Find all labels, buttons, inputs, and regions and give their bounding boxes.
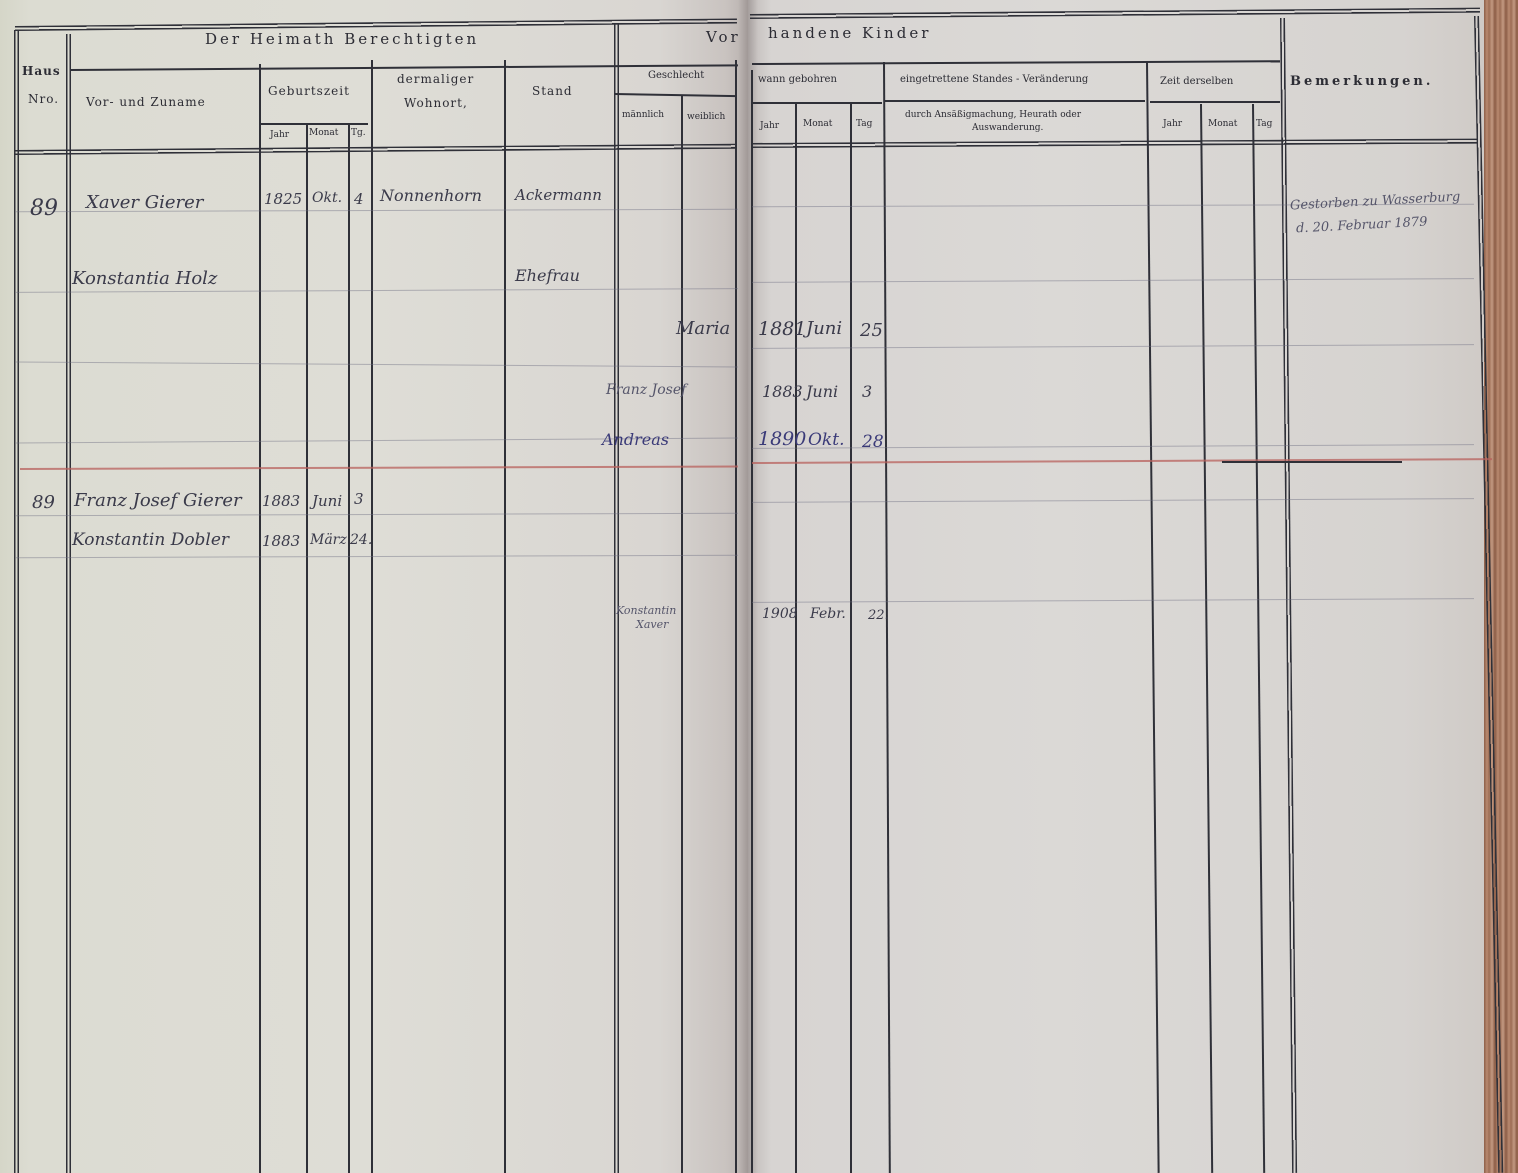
nro-label: Nro. <box>28 92 59 106</box>
entry1-wohnort: Nonnenhorn <box>380 186 482 205</box>
child1-month: Juni <box>806 318 842 339</box>
book-gutter <box>738 0 758 1173</box>
zeit-derselben-header: Zeit derselben <box>1160 76 1233 87</box>
maennlich-header: männlich <box>622 110 664 121</box>
entry3-birth-year: 1883 <box>262 492 300 510</box>
name-column-line <box>259 64 261 1173</box>
child2-day: 3 <box>862 382 872 401</box>
left-page <box>0 0 748 1173</box>
wann-gebohren-header: wann gebohren <box>758 74 837 85</box>
child4-month: Febr. <box>810 606 846 622</box>
entry1-name: Xaver Gierer <box>86 192 203 213</box>
child1-year: 1881 <box>758 318 806 340</box>
standes-sub-line2: Auswanderung. <box>972 123 1043 134</box>
standes-divider <box>885 100 1145 102</box>
haus-nr-column-line <box>66 34 71 1173</box>
remark-strike-line <box>1222 461 1402 463</box>
child3-year: 1890 <box>758 428 806 450</box>
child3-day: 28 <box>862 432 884 452</box>
wann-gebohren-divider <box>752 102 882 104</box>
child2-year: 1883 <box>762 382 803 401</box>
geburtszeit-monat: Monat <box>309 128 338 139</box>
monat-column-line <box>348 124 350 1173</box>
entry1-haus-nr: 89 <box>30 196 58 221</box>
jahr-column-line <box>306 124 308 1173</box>
banner-heimath-berechtigten: Der Heimath Berechtigten <box>205 30 479 48</box>
zeit-jahr-header: Jahr <box>1163 119 1182 130</box>
child4-year: 1908 <box>762 606 798 622</box>
zeit-monat-header: Monat <box>1208 119 1237 130</box>
child4-name-line2: Xaver <box>636 618 668 631</box>
wohnort-header-line1: dermaliger <box>397 72 474 86</box>
entry4-name: Konstantin Dobler <box>72 530 229 550</box>
child2-name: Franz Josef <box>606 382 686 398</box>
kinder-tag-header: Tag <box>856 119 872 130</box>
weiblich-header: weiblich <box>687 112 725 123</box>
maennlich-column-line <box>681 95 683 1173</box>
entry2-stand: Ehefrau <box>515 266 580 285</box>
geschlecht-header: Geschlecht <box>648 70 704 81</box>
entry3-birth-day: 3 <box>354 490 364 508</box>
zeit-derselben-divider <box>1150 101 1280 103</box>
entry4-birth-month: März <box>310 532 347 548</box>
child4-name-line1: Konstantin <box>616 604 676 617</box>
standes-sub-line1: durch Ansäßigmachung, Heurath oder <box>905 110 1081 121</box>
entry1-birth-day: 4 <box>354 190 364 208</box>
entry3-name: Franz Josef Gierer <box>74 490 242 511</box>
left-frame-edge <box>14 30 19 1173</box>
geburtszeit-jahr: Jahr <box>270 130 289 141</box>
child2-month: Juni <box>806 382 838 401</box>
geburtszeit-tag: Tg. <box>351 128 366 139</box>
entry4-birth-year: 1883 <box>262 532 300 550</box>
wohnort-column-line <box>504 60 506 1173</box>
haus-label: Haus <box>22 64 61 78</box>
child4-day: 22. <box>868 608 889 623</box>
wohnort-header-line2: Wohnort, <box>404 96 468 110</box>
entry1-birth-month: Okt. <box>312 190 342 206</box>
entry1-stand: Ackermann <box>515 186 602 204</box>
geburtszeit-header: Geburtszeit <box>268 84 350 98</box>
child3-name: Andreas <box>602 430 669 449</box>
child1-name: Maria <box>676 318 730 339</box>
geburtszeit-column-line <box>371 60 373 1173</box>
banner-vor: Vor <box>706 28 741 46</box>
geburtszeit-divider <box>261 123 368 125</box>
entry2-name: Konstantia Holz <box>72 268 217 289</box>
right-page <box>748 0 1518 1173</box>
zeit-tag-header: Tag <box>1256 119 1272 130</box>
banner-handene-kinder: handene Kinder <box>768 24 931 42</box>
entry4-birth-day: 24. <box>350 532 372 548</box>
name-column-header: Vor- und Zuname <box>86 95 206 109</box>
stand-header: Stand <box>532 84 573 98</box>
stand-column-line <box>614 24 619 1173</box>
entry3-haus-nr: 89 <box>32 492 55 513</box>
entry1-birth-year: 1825 <box>264 190 302 208</box>
kinder-jahr-column-left <box>751 70 753 1173</box>
kinder-jahr-header: Jahr <box>760 121 779 132</box>
child1-day: 25 <box>860 320 883 341</box>
child3-month: Okt. <box>808 430 844 450</box>
kinder-jahr-column-line <box>795 104 797 1173</box>
weiblich-column-line <box>735 60 737 1173</box>
entry3-birth-month: Juni <box>312 492 342 510</box>
kinder-monat-column-line <box>850 104 852 1173</box>
standes-veraenderung-header: eingetrettene Standes - Veränderung <box>900 74 1088 85</box>
kinder-monat-header: Monat <box>803 119 832 130</box>
bemerkungen-header: Bemerkungen. <box>1290 74 1433 89</box>
